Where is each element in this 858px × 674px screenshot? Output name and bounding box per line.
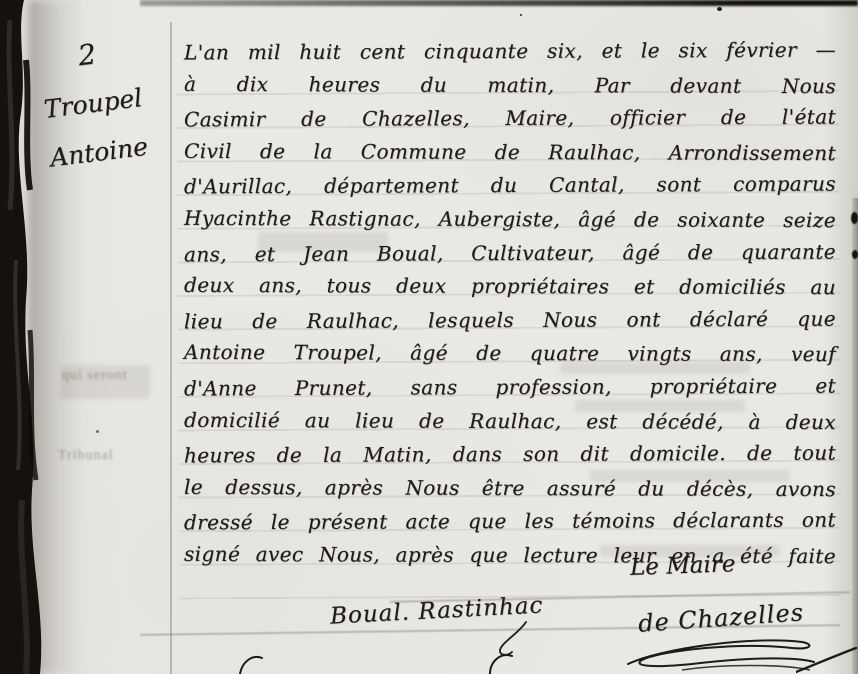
register-page-scan: qui seront Tribunal 2 Troupel Antoine L'…	[0, 0, 858, 674]
bleedthrough-text: qui seront	[62, 368, 128, 384]
act-line: d'Aurillac, département du Cantal, sont …	[184, 172, 836, 208]
cutoff-stroke	[796, 646, 858, 674]
paper-speck	[717, 7, 722, 11]
act-line: à dix heures du matin, Par devant Nous	[184, 71, 836, 107]
paper-speck	[96, 430, 99, 433]
cutoff-stroke	[486, 652, 520, 674]
act-line: Hyacinthe Rastignac, Aubergiste, âgé de …	[184, 206, 836, 242]
act-line: heures de la Matin, dans son dit domicil…	[184, 441, 836, 477]
act-line: domicilié au lieu de Raulhac, est décédé…	[184, 407, 836, 443]
act-line: deux ans, tous deux propriétaires et dom…	[184, 273, 836, 309]
act-line: le dessus, après Nous être assuré du déc…	[184, 475, 836, 511]
act-line: Antoine Troupel, âgé de quatre vingts an…	[184, 340, 836, 376]
act-line: d'Anne Prunet, sans profession, propriét…	[184, 374, 836, 410]
mayor-signature-flourish	[622, 630, 822, 674]
bleedthrough-text: Tribunal	[58, 448, 114, 464]
page-right-edge	[852, 198, 858, 674]
act-line: dressé le présent acte que les témoins d…	[184, 508, 836, 544]
paper-speck	[520, 14, 522, 16]
act-line: L'an mil huit cent cinquante six, et le …	[184, 38, 836, 74]
act-body-text: L'an mil huit cent cinquante six, et le …	[184, 39, 836, 577]
act-line: signé avec Nous, après que lecture leur …	[184, 542, 836, 578]
act-line: ans, et Jean Boual, Cultivateur, âgé de …	[184, 239, 836, 275]
page-top-edge	[140, 0, 858, 6]
edge-ink-blob	[851, 212, 858, 224]
closing-le-maire: Le Maire	[630, 551, 736, 581]
edge-ink-blob	[852, 250, 858, 259]
act-line: Casimir de Chazelles, Maire, officier de…	[184, 105, 836, 141]
act-line: Civil de la Commune de Raulhac, Arrondis…	[184, 139, 836, 175]
margin-annotation: 2 Troupel Antoine	[10, 21, 177, 185]
cutoff-stroke	[238, 654, 272, 674]
act-line: lieu de Raulhac, lesquels Nous ont décla…	[184, 306, 836, 342]
